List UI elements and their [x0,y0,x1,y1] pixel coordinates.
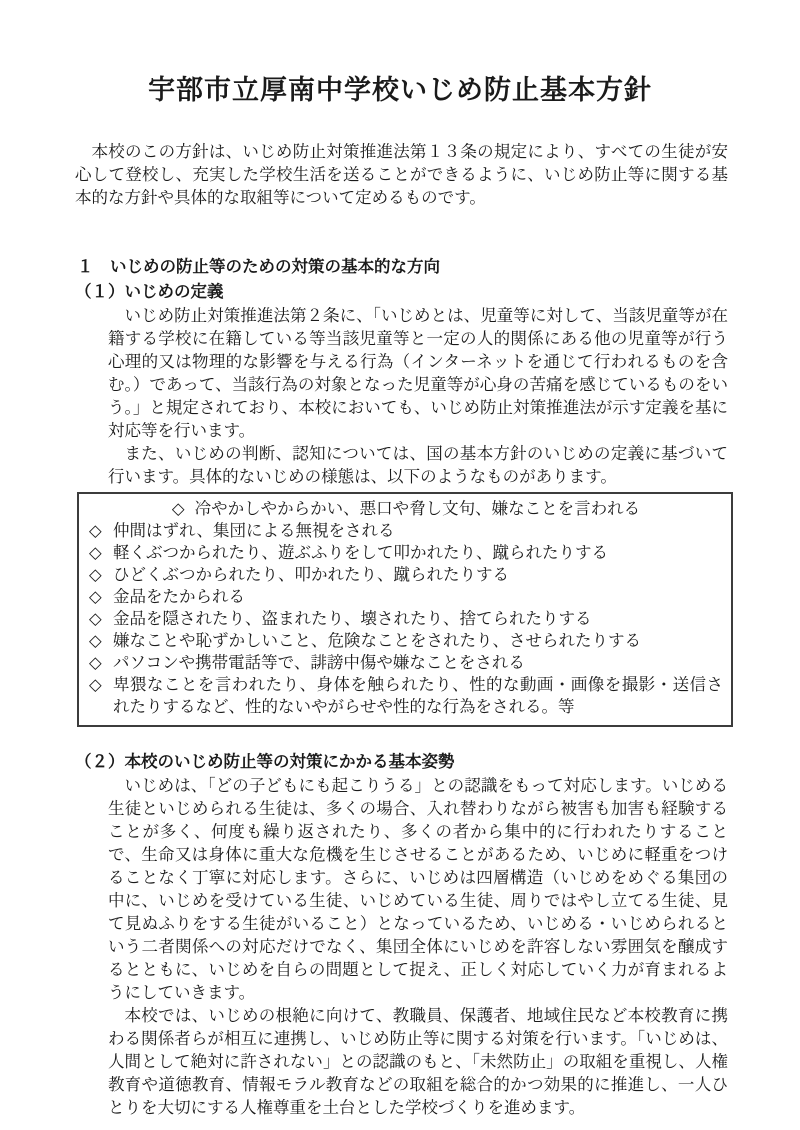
document-page: 宇部市立厚南中学校いじめ防止基本方針 本校のこの方針は、いじめ防止対策推進法第１… [0,0,800,1130]
example-row: ◇ ひどくぶつかられたり、叩かれたり、蹴られたりする [87,564,723,586]
example-row: ◇ 金品をたかられる [87,586,723,608]
example-row: ◇ 嫌なことや恥ずかしいこと、危険なことをされたり、させられたりする [87,630,723,652]
example-item-text: パソコンや携帯電話等で、誹謗中傷や嫌なことをされる [113,652,723,674]
example-item-text: ひどくぶつかられたり、叩かれたり、蹴られたりする [113,564,723,586]
section-1-heading: １ いじめの防止等のための対策の基本的な方向 [77,255,728,280]
bullying-examples-box: ◇ 冷やかしやからかい、悪口や脅し文句、嫌なことを言われる ◇ 仲間はずれ、集団… [77,492,733,727]
example-item-text: 卑猥なことを言われたり、身体を触られたり、性的な動画・画像を撮影・送信されたりす… [113,674,723,718]
example-item-text: 軽くぶつかられたり、遊ぶふりをして叩かれたり、蹴られたりする [113,542,723,564]
diamond-bullet-icon: ◇ [87,586,113,608]
stance-paragraph-2: 本校では、いじめの根絶に向けて、教職員、保護者、地域住民など本校教育に携わる関係… [108,1004,728,1119]
diamond-bullet-icon: ◇ [170,498,195,520]
diamond-bullet-icon: ◇ [87,564,113,586]
diamond-bullet-icon: ◇ [87,674,113,696]
example-item-text: 金品を隠されたり、盗まれたり、壊されたり、捨てられたりする [113,608,723,630]
definition-paragraph-1: いじめ防止対策推進法第２条に、「いじめとは、児童等に対して、当該児童等が在籍する… [108,304,728,442]
example-row: ◇ 軽くぶつかられたり、遊ぶふりをして叩かれたり、蹴られたりする [87,542,723,564]
example-row: ◇ 冷やかしやからかい、悪口や脅し文句、嫌なことを言われる [87,498,723,520]
diamond-bullet-icon: ◇ [87,542,113,564]
example-item-text: 嫌なことや恥ずかしいこと、危険なことをされたり、させられたりする [113,630,723,652]
example-item-text: 仲間はずれ、集団による無視をされる [113,520,723,542]
intro-paragraph: 本校のこの方針は、いじめ防止対策推進法第１３条の規定により、すべての生徒が安心し… [75,140,728,209]
definition-paragraph-2: また、いじめの判断、認知については、国の基本方針のいじめの定義に基づいて行います… [108,442,728,488]
diamond-bullet-icon: ◇ [87,520,113,542]
page-title: 宇部市立厚南中学校いじめ防止基本方針 [0,0,800,108]
example-row: ◇ パソコンや携帯電話等で、誹謗中傷や嫌なことをされる [87,652,723,674]
example-item-text: 冷やかしやからかい、悪口や脅し文句、嫌なことを言われる [195,498,641,520]
stance-paragraph-1: いじめは、「どの子どもにも起こりうる」との認識をもって対応します。いじめる生徒と… [108,774,728,1004]
diamond-bullet-icon: ◇ [87,608,113,630]
example-row: ◇ 卑猥なことを言われたり、身体を触られたり、性的な動画・画像を撮影・送信された… [87,674,723,718]
diamond-bullet-icon: ◇ [87,630,113,652]
example-item-text: 金品をたかられる [113,586,723,608]
example-row: ◇ 金品を隠されたり、盗まれたり、壊されたり、捨てられたりする [87,608,723,630]
section-1-1-definition-heading: （１）いじめの定義 [75,281,728,304]
example-row: ◇ 仲間はずれ、集団による無視をされる [87,520,723,542]
section-1-2-stance-heading: （２）本校のいじめ防止等の対策にかかる基本姿勢 [75,751,728,774]
diamond-bullet-icon: ◇ [87,652,113,674]
